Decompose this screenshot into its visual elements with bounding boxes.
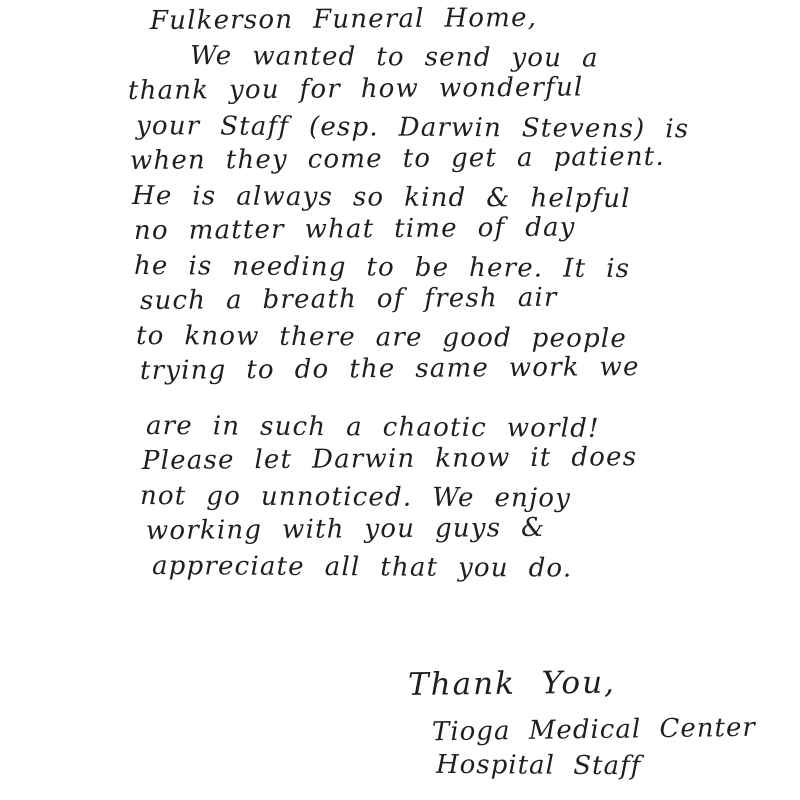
letter-closing: Thank You, <box>408 660 756 706</box>
letter-line: thank you for how wonderful <box>128 69 748 109</box>
letter-line: no matter what time of day <box>134 209 748 249</box>
signature-block: Thank You, Tioga Medical Center Hospital… <box>408 662 756 784</box>
letter-line: appreciate all that you do. <box>152 549 748 588</box>
letter-line: Please let Darwin know it does <box>142 439 748 479</box>
letter-line: trying to do the same work we <box>140 349 748 389</box>
letter-salutation: Fulkerson Funeral Home, <box>150 0 748 39</box>
signature-line: Hospital Staff <box>436 747 756 785</box>
signature-line: Tioga Medical Center <box>432 710 756 751</box>
letter-line: working with you guys & <box>146 509 748 549</box>
scanned-letter-page: Fulkerson Funeral Home, We wanted to sen… <box>0 0 800 800</box>
letter-line: when they come to get a patient. <box>130 139 748 179</box>
letter-line: such a breath of fresh air <box>140 279 748 319</box>
letter-body: Fulkerson Funeral Home, We wanted to sen… <box>128 4 748 584</box>
